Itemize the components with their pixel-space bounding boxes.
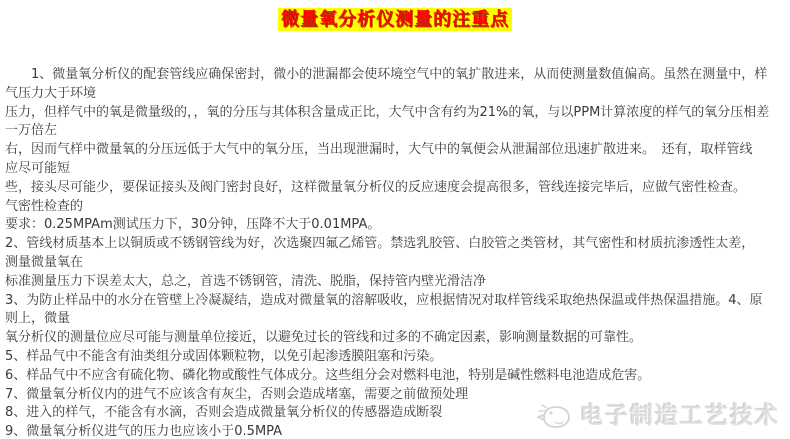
text-line: 标准测量压力下误差太大，总之，首选不锈钢管，清洗、脱脂，保持管内壁光滑洁净	[5, 273, 788, 292]
article-page: 微量氧分析仪测量的注重点 1、微量氧分析仪的配套管线应确保密封，微小的泄漏都会使…	[0, 0, 790, 439]
text-line: 9、微量氧分析仪进气的压力也应该小于0.5MPA	[5, 423, 788, 439]
title-row: 微量氧分析仪测量的注重点	[0, 0, 790, 32]
text-line: 一万倍左	[5, 122, 788, 141]
text-line: 2、管线材质基本上以铜质或不锈钢管线为好，次选聚四氟乙烯管。禁选乳胶管、白胶管之…	[5, 235, 788, 254]
page-title: 微量氧分析仪测量的注重点	[278, 8, 512, 31]
text-line: 5、样品气中不能含有油类组分或固体颗粒物，以免引起渗透膜阻塞和污染。	[5, 348, 788, 367]
text-line: 压力，但样气中的氧是微量级的，，氧的分压与其体积含量成正比，大气中含有约为21%…	[5, 104, 788, 123]
text-line: 右，因而气样中微量氧的分压远低于大气中的氧分压，当出现泄漏时，大气中的氧便会从泄…	[5, 141, 788, 160]
text-line: 应尽可能短	[5, 160, 788, 179]
text-line: 7、微量氧分析仪内的进气不应该含有灰尘，否则会造成堵塞，需要之前做预处理	[5, 386, 788, 405]
text-line: 气压力大于环境	[5, 85, 788, 104]
text-line: 要求：0.25MPAm测试压力下，30分钟，压降不大于0.01MPA。	[5, 216, 788, 235]
text-line: 6、样品气中不应含有硫化物、磷化物或酸性气体成分。这些组分会对燃料电池，特别是碱…	[5, 367, 788, 386]
text-line: 8、进入的样气，不能含有水滴，否则会造成微量氧分析仪的传感器造成断裂	[5, 404, 788, 423]
text-line: 1、微量氧分析仪的配套管线应确保密封，微小的泄漏都会使环境空气中的氧扩散进来，从…	[5, 66, 788, 85]
text-line: 3、为防止样品中的水分在管壁上冷凝凝结，造成对微量氧的溶解吸收，应根据情况对取样…	[5, 292, 788, 311]
text-line: 气密性检查的	[5, 198, 788, 217]
text-line: 些，接头尽可能少，要保证接头及阀门密封良好，这样微量氧分析仪的反应速度会提高很多…	[5, 179, 788, 198]
text-line: 测量微量氧在	[5, 254, 788, 273]
text-line: 氧分析仪的测量位应尽可能与测量单位接近，以避免过长的管线和过多的不确定因素，影响…	[5, 329, 788, 348]
body-text: 1、微量氧分析仪的配套管线应确保密封，微小的泄漏都会使环境空气中的氧扩散进来，从…	[5, 66, 788, 439]
text-line: 则上，微量	[5, 310, 788, 329]
